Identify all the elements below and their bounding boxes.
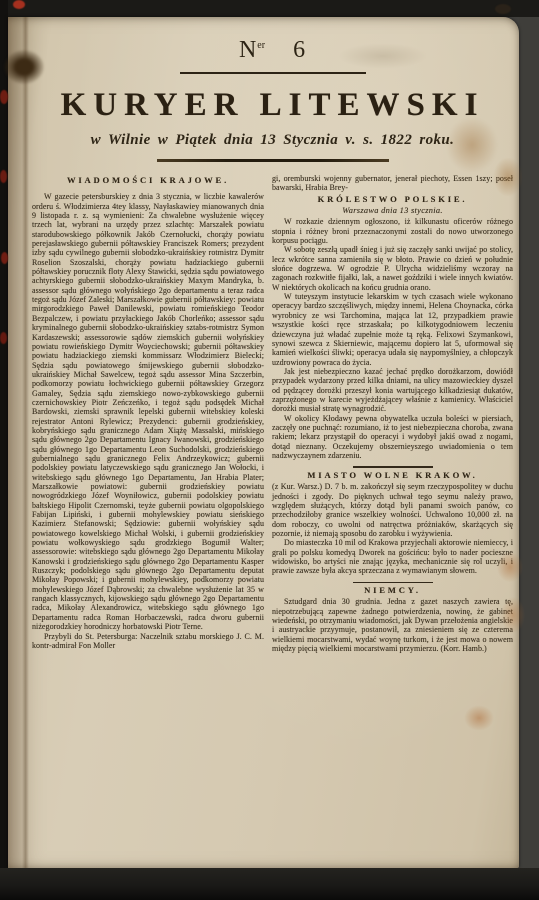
newspaper-page: Ner6 KURYER LITEWSKI w Wilnie w Piątek d… (8, 17, 519, 868)
binding-mark-red (0, 170, 7, 183)
binding-blob (4, 50, 44, 84)
binding-gutter-fold (22, 17, 29, 868)
edge-smudge (495, 4, 511, 14)
column-right: gi, oremburski wojenny gubernator, jener… (272, 174, 513, 654)
binding-mark-red (0, 332, 7, 344)
article-paragraph: W gazecie petersburskiey z dnia 3 styczn… (32, 192, 264, 631)
article-paragraph: Sztudgard dnia 30 grudnia. Jedna z gazet… (272, 597, 513, 653)
issue-number: 6 (293, 37, 306, 63)
scanner-edge-top (0, 0, 539, 17)
scanner-edge-bottom (0, 868, 539, 900)
section-heading-miasto-wolne-krakow: MIASTO WOLNE KRAKOW. (272, 471, 513, 480)
continuation-paragraph: gi, oremburski wojenny gubernator, jener… (272, 174, 513, 193)
article-paragraph: W sobotę zeszłą upadł śnieg i już się za… (272, 245, 513, 292)
masthead-dateline: w Wilnie w Piątek dnia 13 Stycznia v. s.… (32, 132, 513, 149)
section-divider (353, 466, 433, 468)
paper-stain (464, 705, 494, 731)
page-content: Ner6 KURYER LITEWSKI w Wilnie w Piątek d… (32, 17, 513, 654)
scanner-background (519, 0, 539, 900)
section-dateline-warszawa: Warszawa dnia 13 stycznia. (272, 206, 513, 215)
article-paragraph: W okolicy Kłodawy pewna obywatelka uczuł… (272, 414, 513, 461)
page-title: KURYER LITEWSKI (32, 87, 513, 124)
article-paragraph: W rozkazie dziennym ogłoszono, iż kilkun… (272, 217, 513, 245)
issue-number-line: Ner6 (32, 37, 513, 64)
issue-superscript: er (257, 40, 265, 51)
article-paragraph: Jak jest niebezpieczno kazać jechać pręd… (272, 367, 513, 414)
section-heading-niemcy: NIEMCY. (272, 586, 513, 595)
section-heading-krolestwo-polskie: KRÓLESTWO POLSKIE. (272, 195, 513, 204)
article-paragraph: W tuteyszym instytucie lekarskim w tych … (272, 292, 513, 367)
binding-mark-red (13, 0, 25, 9)
masthead-rule-bottom (157, 159, 389, 162)
scanner-edge-left (0, 0, 8, 900)
binding-mark-red (0, 90, 8, 104)
article-paragraph: Przybyli do St. Petersburga: Naczelnik s… (32, 632, 264, 651)
section-divider (353, 582, 433, 584)
binding-mark-red (1, 252, 8, 264)
masthead-rule-top (180, 72, 366, 74)
section-heading-wiadomosci-krajowe: WIADOMOŚCI KRAJOWE. (32, 176, 264, 185)
article-paragraph: (z Kur. Warsz.) D. 7 b. m. zakończył się… (272, 482, 513, 538)
column-left: WIADOMOŚCI KRAJOWE. W gazecie petersburs… (32, 174, 264, 650)
issue-prefix: N (239, 37, 257, 63)
article-columns: WIADOMOŚCI KRAJOWE. W gazecie petersburs… (32, 174, 513, 654)
article-paragraph: Do miasteczka 10 mil od Krakowa przyjech… (272, 538, 513, 575)
